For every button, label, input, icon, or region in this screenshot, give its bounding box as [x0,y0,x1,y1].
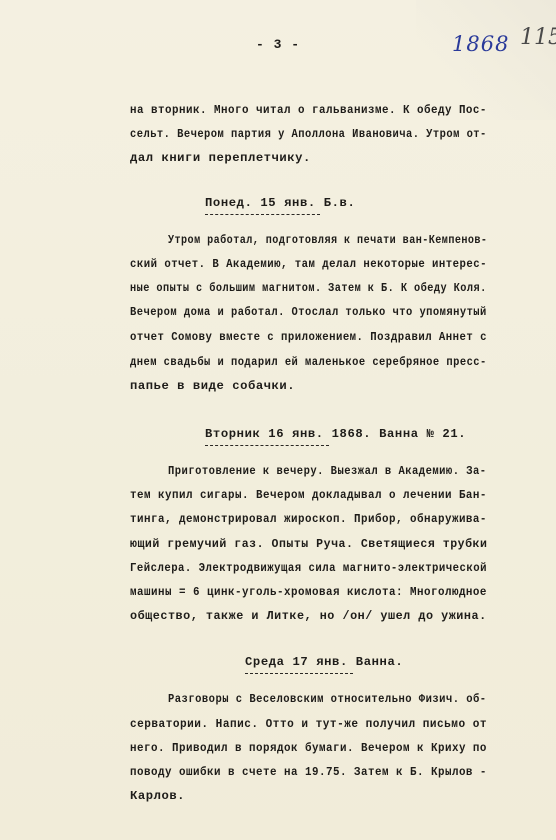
text-line: Вечером дома и работал. Отослал только ч… [130,305,487,319]
text-line: на вторник. Много читал о гальванизме. К… [130,103,487,117]
text-line: папье в виде собачки. [130,379,295,393]
text-line: машины = 6 цинк-уголь-хромовая кислота: … [130,585,487,599]
text-line: сельт. Вечером партия у Аполлона Иванови… [130,127,487,141]
paper-fold-shading [416,0,556,120]
text-line: Карлов. [130,789,185,803]
heading-underline [205,214,320,215]
text-line: Разговоры с Веселовским относительно Физ… [168,692,487,706]
text-line: отчет Сомову вместе с приложением. Поздр… [130,330,487,344]
document-page: - 3 - 1868 115 на вторник. Много читал о… [0,0,556,840]
text-line: общество, также и Литке, но /он/ ушел до… [130,609,487,623]
text-line: ющий гремучий газ. Опыты Руча. Светящиес… [130,537,487,551]
heading-underline [245,673,353,674]
text-line: днем свадьбы и подарил ей маленькое сере… [130,355,487,369]
text-line: тинга, демонстрировал жироскоп. Прибор, … [130,512,487,526]
text-line: Гейслера. Электродвижущая сила магнито-э… [130,561,487,575]
text-line: Утром работал, подготовляя к печати ван-… [168,233,487,247]
text-line: поводу ошибки в счете на 19.75. Затем к … [130,765,487,779]
entry-heading: Вторник 16 янв. 1868. Ванна № 21. [205,427,466,441]
text-line: ные опыты с большим магнитом. Затем к Б.… [130,281,487,295]
entry-heading: Среда 17 янв. Ванна. [245,655,403,669]
handwritten-folio-number: 115 [520,25,556,50]
heading-underline [205,445,329,446]
text-line: него. Приводил в порядок бумаги. Вечером… [130,741,487,755]
text-line: Приготовление к вечеру. Выезжал в Академ… [168,464,487,478]
text-line: ский отчет. В Академию, там делал некото… [130,257,487,271]
text-line: серватории. Напис. Отто и тут-же получил… [130,717,487,731]
entry-heading: Понед. 15 янв. Б.в. [205,196,355,210]
text-line: тем купил сигары. Вечером докладывал о л… [130,488,487,502]
handwritten-year: 1868 [452,32,509,56]
text-line: дал книги переплетчику. [130,151,311,165]
